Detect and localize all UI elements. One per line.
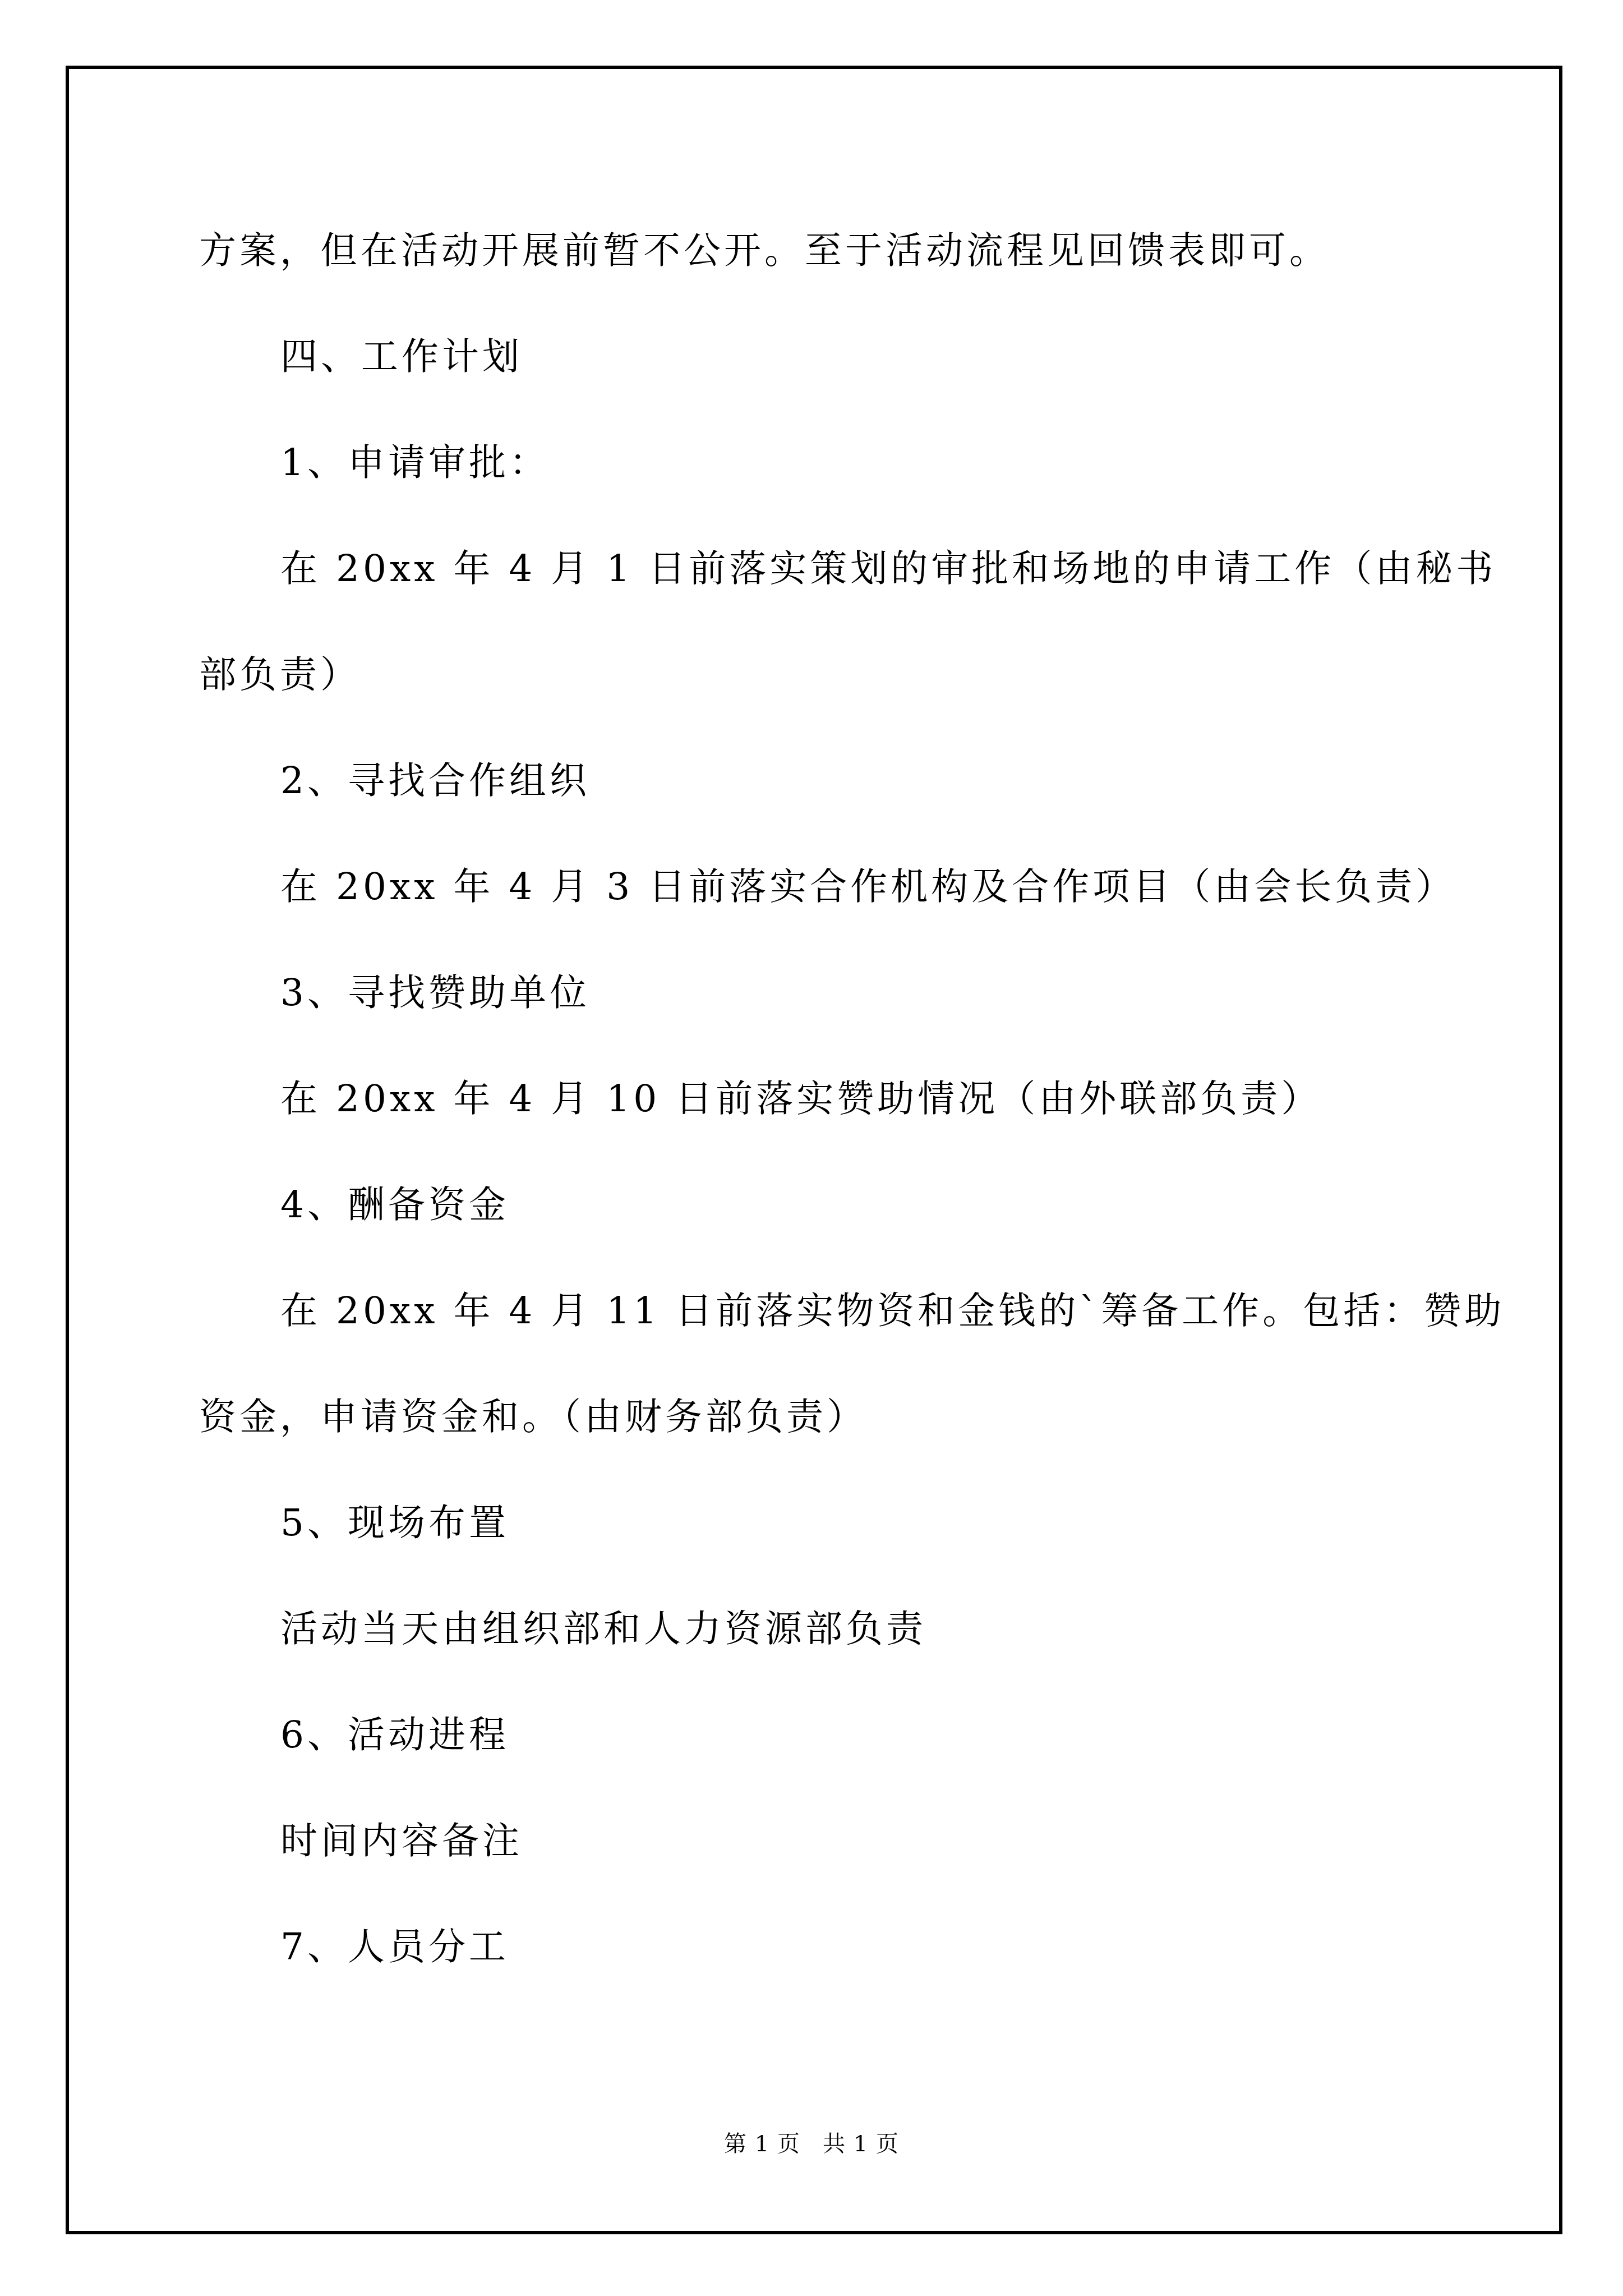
paragraph-line: 部负责）: [199, 644, 1433, 750]
item-heading-3: 3、寻找赞助单位: [199, 962, 1433, 1068]
section-heading-work-plan: 四、工作计划: [199, 326, 1433, 432]
item-heading-7: 7、人员分工: [199, 1916, 1433, 2022]
paragraph-line: 在 20xx 年 4 月 11 日前落实物资和金钱的`筹备工作。包括：赞助: [199, 1280, 1433, 1386]
page-number-total: 共 1 页: [823, 2131, 899, 2157]
item-heading-6: 6、活动进程: [199, 1704, 1433, 1810]
item-heading-2: 2、寻找合作组织: [199, 750, 1433, 856]
paragraph-line: 在 20xx 年 4 月 10 日前落实赞助情况（由外联部负责）: [199, 1068, 1433, 1174]
paragraph-line: 时间内容备注: [199, 1810, 1433, 1916]
page-footer: 第 1 页共 1 页: [0, 2126, 1623, 2158]
paragraph-line: 活动当天由组织部和人力资源部负责: [199, 1598, 1433, 1704]
item-heading-5: 5、现场布置: [199, 1492, 1433, 1598]
paragraph-line: 在 20xx 年 4 月 3 日前落实合作机构及合作项目（由会长负责）: [199, 856, 1433, 962]
document-body: 方案，但在活动开展前暂不公开。至于活动流程见回馈表即可。 四、工作计划 1、申请…: [199, 220, 1433, 2022]
item-heading-1: 1、申请审批：: [199, 432, 1433, 538]
paragraph-line: 在 20xx 年 4 月 1 日前落实策划的审批和场地的申请工作（由秘书: [199, 538, 1433, 644]
page-number-current: 第 1 页: [724, 2131, 800, 2157]
paragraph-line: 资金，申请资金和。（由财务部负责）: [199, 1386, 1433, 1492]
item-heading-4: 4、酬备资金: [199, 1174, 1433, 1280]
paragraph-line-1: 方案，但在活动开展前暂不公开。至于活动流程见回馈表即可。: [199, 220, 1433, 326]
